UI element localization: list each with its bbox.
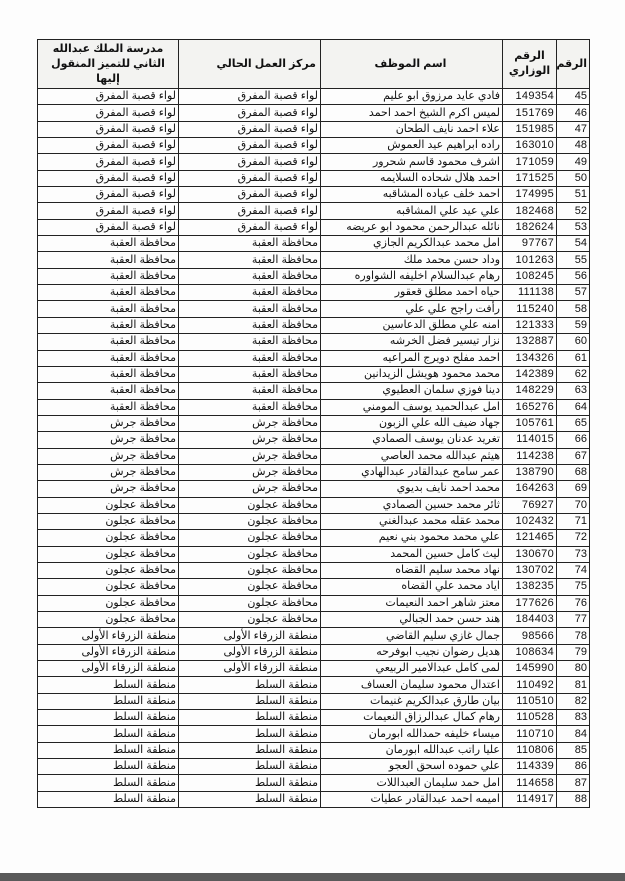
ministry-id: 110528 bbox=[503, 710, 557, 726]
row-number: 66 bbox=[557, 432, 590, 448]
employee-name: ليث كامل حسين المحمد bbox=[321, 546, 503, 562]
row-number: 63 bbox=[557, 383, 590, 399]
employee-name: هيثم عبدالله محمد العاصي bbox=[321, 448, 503, 464]
employee-name: علاء احمد نايف الطحان bbox=[321, 121, 503, 137]
header-current-center: مركز العمل الحالي bbox=[179, 40, 321, 89]
ministry-id: 184403 bbox=[503, 612, 557, 628]
table-row: 48163010راده ابراهيم عيد العموشلواء قصبة… bbox=[38, 138, 590, 154]
target-school: لواء قصبة المفرق bbox=[38, 89, 179, 105]
employee-name: جمال غازي سليم القاضي bbox=[321, 628, 503, 644]
current-center: محافظة عجلون bbox=[179, 513, 321, 529]
ministry-id: 149354 bbox=[503, 89, 557, 105]
table-row: 55101263وداد حسن محمد ملكمحافظة العقبةمح… bbox=[38, 252, 590, 268]
target-school: محافظة العقبة bbox=[38, 236, 179, 252]
ministry-id: 151769 bbox=[503, 105, 557, 121]
ministry-id: 102432 bbox=[503, 513, 557, 529]
current-center: محافظة عجلون bbox=[179, 530, 321, 546]
employee-name: علي محمد محمود بني نعيم bbox=[321, 530, 503, 546]
ministry-id: 108245 bbox=[503, 268, 557, 284]
row-number: 62 bbox=[557, 366, 590, 382]
table-row: 71102432محمد عقله محمد عبدالغنيمحافظة عج… bbox=[38, 513, 590, 529]
current-center: محافظة العقبة bbox=[179, 236, 321, 252]
ministry-id: 98566 bbox=[503, 628, 557, 644]
table-row: 65105761جهاد ضيف الله علي الزبونمحافظة ج… bbox=[38, 415, 590, 431]
ministry-id: 174995 bbox=[503, 187, 557, 203]
employee-name: ميساء خليفه حمدالله ابورمان bbox=[321, 726, 503, 742]
table-row: 88114917اميمه احمد عبدالقادر عطياتمنطقة … bbox=[38, 791, 590, 807]
target-school: محافظة العقبة bbox=[38, 399, 179, 415]
employee-name: رهام كمال عبدالرزاق النعيمات bbox=[321, 710, 503, 726]
employee-name: بيان طارق عبدالكريم غنيمات bbox=[321, 693, 503, 709]
current-center: محافظة عجلون bbox=[179, 546, 321, 562]
current-center: منطقة السلط bbox=[179, 710, 321, 726]
ministry-id: 114015 bbox=[503, 432, 557, 448]
current-center: محافظة العقبة bbox=[179, 366, 321, 382]
current-center: منطقة الزرقاء الأولى bbox=[179, 644, 321, 660]
current-center: محافظة العقبة bbox=[179, 252, 321, 268]
ministry-id: 115240 bbox=[503, 301, 557, 317]
employee-name: جهاد ضيف الله علي الزبون bbox=[321, 415, 503, 431]
employee-name: رهام عبدالسلام اخليفه الشواوره bbox=[321, 268, 503, 284]
current-center: محافظة عجلون bbox=[179, 497, 321, 513]
row-number: 57 bbox=[557, 285, 590, 301]
employee-name: ثائر محمد حسين الصمادي bbox=[321, 497, 503, 513]
header-ministry-id: الرقم الوزاري bbox=[503, 40, 557, 89]
row-number: 67 bbox=[557, 448, 590, 464]
row-number: 70 bbox=[557, 497, 590, 513]
row-number: 64 bbox=[557, 399, 590, 415]
table-row: 62142389محمد محمود هويشل الزيدانينمحافظة… bbox=[38, 366, 590, 382]
employee-name: تغريد عدنان يوسف الصمادي bbox=[321, 432, 503, 448]
table-row: 82110510بيان طارق عبدالكريم غنيماتمنطقة … bbox=[38, 693, 590, 709]
ministry-id: 110492 bbox=[503, 677, 557, 693]
row-number: 76 bbox=[557, 595, 590, 611]
header-no: الرقم bbox=[557, 40, 590, 89]
ministry-id: 130670 bbox=[503, 546, 557, 562]
target-school: محافظة العقبة bbox=[38, 252, 179, 268]
target-school: منطقة السلط bbox=[38, 775, 179, 791]
row-number: 49 bbox=[557, 154, 590, 170]
row-number: 79 bbox=[557, 644, 590, 660]
target-school: محافظة العقبة bbox=[38, 366, 179, 382]
row-number: 82 bbox=[557, 693, 590, 709]
ministry-id: 151985 bbox=[503, 121, 557, 137]
employee-name: محمد محمود هويشل الزيدانين bbox=[321, 366, 503, 382]
employee-name: علي عيد علي المشاقبه bbox=[321, 203, 503, 219]
target-school: منطقة السلط bbox=[38, 742, 179, 758]
target-school: محافظة جرش bbox=[38, 464, 179, 480]
current-center: منطقة السلط bbox=[179, 775, 321, 791]
ministry-id: 76927 bbox=[503, 497, 557, 513]
table-row: 52182468علي عيد علي المشاقبهلواء قصبة ال… bbox=[38, 203, 590, 219]
employee-name: نائله عبدالرحمن محمود ابو عريضه bbox=[321, 219, 503, 235]
table-row: 83110528رهام كمال عبدالرزاق النعيماتمنطق… bbox=[38, 710, 590, 726]
row-number: 68 bbox=[557, 464, 590, 480]
row-number: 71 bbox=[557, 513, 590, 529]
ministry-id: 97767 bbox=[503, 236, 557, 252]
document-page: الرقم الرقم الوزاري اسم الموظف مركز العم… bbox=[0, 0, 625, 881]
target-school: لواء قصبة المفرق bbox=[38, 187, 179, 203]
employee-name: نزار تيسير فضل الخرشه bbox=[321, 334, 503, 350]
current-center: محافظة العقبة bbox=[179, 317, 321, 333]
table-row: 87114658امل حمد سليمان العبداللاتمنطقة ا… bbox=[38, 775, 590, 791]
target-school: منطقة الزرقاء الأولى bbox=[38, 644, 179, 660]
ministry-id: 114339 bbox=[503, 759, 557, 775]
ministry-id: 164263 bbox=[503, 481, 557, 497]
target-school: محافظة جرش bbox=[38, 432, 179, 448]
employee-name: اميمه احمد عبدالقادر عطيات bbox=[321, 791, 503, 807]
row-number: 78 bbox=[557, 628, 590, 644]
current-center: محافظة العقبة bbox=[179, 350, 321, 366]
target-school: محافظة العقبة bbox=[38, 334, 179, 350]
current-center: لواء قصبة المفرق bbox=[179, 121, 321, 137]
table-row: 67114238هيثم عبدالله محمد العاصيمحافظة ج… bbox=[38, 448, 590, 464]
ministry-id: 165276 bbox=[503, 399, 557, 415]
row-number: 87 bbox=[557, 775, 590, 791]
employee-name: احمد هلال شحاده السلايمه bbox=[321, 170, 503, 186]
ministry-id: 110510 bbox=[503, 693, 557, 709]
table-row: 63148229دينا فوزي سلمان العطيويمحافظة ال… bbox=[38, 383, 590, 399]
row-number: 86 bbox=[557, 759, 590, 775]
target-school: محافظة العقبة bbox=[38, 285, 179, 301]
employee-name: لميس اكرم الشيخ احمد احمد bbox=[321, 105, 503, 121]
employee-name: لمى كامل عبدالامير الربيعي bbox=[321, 661, 503, 677]
current-center: محافظة عجلون bbox=[179, 595, 321, 611]
employee-name: هند حسن حمد الجبالي bbox=[321, 612, 503, 628]
table-row: 76177626معتز شاهر احمد النعيماتمحافظة عج… bbox=[38, 595, 590, 611]
current-center: منطقة السلط bbox=[179, 791, 321, 807]
ministry-id: 114238 bbox=[503, 448, 557, 464]
row-number: 73 bbox=[557, 546, 590, 562]
row-number: 83 bbox=[557, 710, 590, 726]
table-row: 69164263محمد احمد نايف بديويمحافظة جرشمح… bbox=[38, 481, 590, 497]
employee-name: عمر سامح عبدالقادر عبدالهادي bbox=[321, 464, 503, 480]
row-number: 72 bbox=[557, 530, 590, 546]
table-row: 81110492اعتدال محمود سليمان العسافمنطقة … bbox=[38, 677, 590, 693]
target-school: لواء قصبة المفرق bbox=[38, 203, 179, 219]
row-number: 48 bbox=[557, 138, 590, 154]
ministry-id: 171059 bbox=[503, 154, 557, 170]
current-center: لواء قصبة المفرق bbox=[179, 138, 321, 154]
ministry-id: 108634 bbox=[503, 644, 557, 660]
target-school: لواء قصبة المفرق bbox=[38, 154, 179, 170]
table-row: 51174995احمد خلف عياده المشاقبهلواء قصبة… bbox=[38, 187, 590, 203]
employee-name: امنه علي مطلق الدعاسين bbox=[321, 317, 503, 333]
row-number: 58 bbox=[557, 301, 590, 317]
table-row: 46151769لميس اكرم الشيخ احمد احمدلواء قص… bbox=[38, 105, 590, 121]
row-number: 53 bbox=[557, 219, 590, 235]
row-number: 59 bbox=[557, 317, 590, 333]
row-number: 47 bbox=[557, 121, 590, 137]
ministry-id: 130702 bbox=[503, 562, 557, 578]
ministry-id: 182624 bbox=[503, 219, 557, 235]
target-school: محافظة جرش bbox=[38, 415, 179, 431]
employee-name: علي حموده اسحق العجو bbox=[321, 759, 503, 775]
table-row: 53182624نائله عبدالرحمن محمود ابو عريضهل… bbox=[38, 219, 590, 235]
table-row: 7898566جمال غازي سليم القاضيمنطقة الزرقا… bbox=[38, 628, 590, 644]
ministry-id: 182468 bbox=[503, 203, 557, 219]
table-row: 84110710ميساء خليفه حمدالله ابورمانمنطقة… bbox=[38, 726, 590, 742]
table-row: 86114339علي حموده اسحق العجومنطقة السلطم… bbox=[38, 759, 590, 775]
table-row: 56108245رهام عبدالسلام اخليفه الشواورهمح… bbox=[38, 268, 590, 284]
table-row: 74130702نهاد محمد سليم القضاهمحافظة عجلو… bbox=[38, 562, 590, 578]
row-number: 54 bbox=[557, 236, 590, 252]
employee-name: راده ابراهيم عيد العموش bbox=[321, 138, 503, 154]
current-center: لواء قصبة المفرق bbox=[179, 154, 321, 170]
employee-name: امل حمد سليمان العبداللات bbox=[321, 775, 503, 791]
transfer-table: الرقم الرقم الوزاري اسم الموظف مركز العم… bbox=[37, 39, 590, 808]
employee-name: هديل رضوان نجيب ابوفرحه bbox=[321, 644, 503, 660]
current-center: محافظة العقبة bbox=[179, 268, 321, 284]
ministry-id: 105761 bbox=[503, 415, 557, 431]
ministry-id: 114917 bbox=[503, 791, 557, 807]
current-center: منطقة السلط bbox=[179, 693, 321, 709]
employee-name: محمد احمد نايف بديوي bbox=[321, 481, 503, 497]
table-row: 66114015تغريد عدنان يوسف الصماديمحافظة ج… bbox=[38, 432, 590, 448]
ministry-id: 134326 bbox=[503, 350, 557, 366]
current-center: محافظة العقبة bbox=[179, 334, 321, 350]
current-center: محافظة العقبة bbox=[179, 383, 321, 399]
table-row: 59121333امنه علي مطلق الدعاسينمحافظة الع… bbox=[38, 317, 590, 333]
target-school: محافظة عجلون bbox=[38, 562, 179, 578]
row-number: 50 bbox=[557, 170, 590, 186]
current-center: منطقة السلط bbox=[179, 759, 321, 775]
target-school: محافظة عجلون bbox=[38, 546, 179, 562]
row-number: 69 bbox=[557, 481, 590, 497]
employee-name: امل محمد عبدالكريم الجازي bbox=[321, 236, 503, 252]
ministry-id: 138790 bbox=[503, 464, 557, 480]
target-school: لواء قصبة المفرق bbox=[38, 170, 179, 186]
row-number: 61 bbox=[557, 350, 590, 366]
current-center: محافظة جرش bbox=[179, 464, 321, 480]
current-center: لواء قصبة المفرق bbox=[179, 89, 321, 105]
current-center: لواء قصبة المفرق bbox=[179, 105, 321, 121]
current-center: محافظة عجلون bbox=[179, 579, 321, 595]
target-school: محافظة العقبة bbox=[38, 268, 179, 284]
ministry-id: 145990 bbox=[503, 661, 557, 677]
table-row: 60132887نزار تيسير فضل الخرشهمحافظة العق… bbox=[38, 334, 590, 350]
row-number: 60 bbox=[557, 334, 590, 350]
bottom-edge-shadow bbox=[0, 873, 625, 881]
table-row: 68138790عمر سامح عبدالقادر عبدالهاديمحاف… bbox=[38, 464, 590, 480]
table-row: 75138235اياد محمد علي القضاهمحافظة عجلون… bbox=[38, 579, 590, 595]
ministry-id: 121333 bbox=[503, 317, 557, 333]
ministry-id: 171525 bbox=[503, 170, 557, 186]
target-school: محافظة عجلون bbox=[38, 579, 179, 595]
current-center: محافظة العقبة bbox=[179, 399, 321, 415]
current-center: محافظة عجلون bbox=[179, 612, 321, 628]
target-school: لواء قصبة المفرق bbox=[38, 138, 179, 154]
current-center: لواء قصبة المفرق bbox=[179, 187, 321, 203]
employee-name: فادي عايد مرزوق ابو عليم bbox=[321, 89, 503, 105]
table-row: 64165276امل عبدالحميد يوسف المومنيمحافظة… bbox=[38, 399, 590, 415]
row-number: 52 bbox=[557, 203, 590, 219]
header-target-school: مدرسة الملك عبدالله الثاني للتميز المنقو… bbox=[38, 40, 179, 89]
employee-name: اياد محمد علي القضاه bbox=[321, 579, 503, 595]
employee-name: حياه احمد مطلق قعقور bbox=[321, 285, 503, 301]
target-school: لواء قصبة المفرق bbox=[38, 219, 179, 235]
ministry-id: 132887 bbox=[503, 334, 557, 350]
employee-name: محمد عقله محمد عبدالغني bbox=[321, 513, 503, 529]
row-number: 56 bbox=[557, 268, 590, 284]
row-number: 65 bbox=[557, 415, 590, 431]
table-row: 61134326احمد مفلح دويرج المراعيهمحافظة ا… bbox=[38, 350, 590, 366]
employee-name: نهاد محمد سليم القضاه bbox=[321, 562, 503, 578]
current-center: منطقة السلط bbox=[179, 677, 321, 693]
employee-name: احمد مفلح دويرج المراعيه bbox=[321, 350, 503, 366]
target-school: منطقة السلط bbox=[38, 759, 179, 775]
current-center: لواء قصبة المفرق bbox=[179, 219, 321, 235]
employee-name: امل عبدالحميد يوسف المومني bbox=[321, 399, 503, 415]
target-school: محافظة العقبة bbox=[38, 317, 179, 333]
target-school: لواء قصبة المفرق bbox=[38, 105, 179, 121]
target-school: منطقة الزرقاء الأولى bbox=[38, 661, 179, 677]
target-school: منطقة السلط bbox=[38, 726, 179, 742]
employee-name: احمد خلف عياده المشاقبه bbox=[321, 187, 503, 203]
ministry-id: 110806 bbox=[503, 742, 557, 758]
current-center: محافظة العقبة bbox=[179, 285, 321, 301]
current-center: لواء قصبة المفرق bbox=[179, 170, 321, 186]
ministry-id: 138235 bbox=[503, 579, 557, 595]
target-school: محافظة العقبة bbox=[38, 350, 179, 366]
current-center: محافظة جرش bbox=[179, 448, 321, 464]
target-school: محافظة عجلون bbox=[38, 612, 179, 628]
employee-name: اعتدال محمود سليمان العساف bbox=[321, 677, 503, 693]
ministry-id: 101263 bbox=[503, 252, 557, 268]
ministry-id: 111138 bbox=[503, 285, 557, 301]
row-number: 45 bbox=[557, 89, 590, 105]
current-center: محافظة العقبة bbox=[179, 301, 321, 317]
table-row: 77184403هند حسن حمد الجباليمحافظة عجلونم… bbox=[38, 612, 590, 628]
table-row: 72121465علي محمد محمود بني نعيممحافظة عج… bbox=[38, 530, 590, 546]
table-row: 80145990لمى كامل عبدالامير الربيعيمنطقة … bbox=[38, 661, 590, 677]
current-center: منطقة السلط bbox=[179, 742, 321, 758]
row-number: 46 bbox=[557, 105, 590, 121]
current-center: منطقة الزرقاء الأولى bbox=[179, 661, 321, 677]
current-center: لواء قصبة المفرق bbox=[179, 203, 321, 219]
table-row: 5497767امل محمد عبدالكريم الجازيمحافظة ا… bbox=[38, 236, 590, 252]
target-school: منطقة الزرقاء الأولى bbox=[38, 628, 179, 644]
row-number: 77 bbox=[557, 612, 590, 628]
target-school: محافظة عجلون bbox=[38, 513, 179, 529]
target-school: منطقة السلط bbox=[38, 710, 179, 726]
header-employee-name: اسم الموظف bbox=[321, 40, 503, 89]
row-number: 74 bbox=[557, 562, 590, 578]
table-row: 7076927ثائر محمد حسين الصماديمحافظة عجلو… bbox=[38, 497, 590, 513]
employee-name: وداد حسن محمد ملك bbox=[321, 252, 503, 268]
target-school: منطقة السلط bbox=[38, 693, 179, 709]
target-school: لواء قصبة المفرق bbox=[38, 121, 179, 137]
employee-name: عليا راتب عبدالله ابورمان bbox=[321, 742, 503, 758]
target-school: محافظة عجلون bbox=[38, 497, 179, 513]
employee-name: معتز شاهر احمد النعيمات bbox=[321, 595, 503, 611]
row-number: 88 bbox=[557, 791, 590, 807]
table-row: 73130670ليث كامل حسين المحمدمحافظة عجلون… bbox=[38, 546, 590, 562]
row-number: 85 bbox=[557, 742, 590, 758]
table-row: 45149354فادي عايد مرزوق ابو عليملواء قصب… bbox=[38, 89, 590, 105]
table-body: 45149354فادي عايد مرزوق ابو عليملواء قصب… bbox=[38, 89, 590, 808]
employee-name: اشرف محمود قاسم شحرور bbox=[321, 154, 503, 170]
target-school: منطقة السلط bbox=[38, 677, 179, 693]
table-row: 50171525احمد هلال شحاده السلايمهلواء قصب… bbox=[38, 170, 590, 186]
target-school: محافظة العقبة bbox=[38, 383, 179, 399]
ministry-id: 177626 bbox=[503, 595, 557, 611]
row-number: 84 bbox=[557, 726, 590, 742]
row-number: 80 bbox=[557, 661, 590, 677]
row-number: 75 bbox=[557, 579, 590, 595]
target-school: محافظة عجلون bbox=[38, 530, 179, 546]
current-center: منطقة الزرقاء الأولى bbox=[179, 628, 321, 644]
row-number: 55 bbox=[557, 252, 590, 268]
current-center: محافظة عجلون bbox=[179, 562, 321, 578]
table-row: 58115240رأفت راجح علي عليمحافظة العقبةمح… bbox=[38, 301, 590, 317]
ministry-id: 114658 bbox=[503, 775, 557, 791]
table-row: 57111138حياه احمد مطلق قعقورمحافظة العقب… bbox=[38, 285, 590, 301]
current-center: محافظة جرش bbox=[179, 432, 321, 448]
ministry-id: 148229 bbox=[503, 383, 557, 399]
table-row: 47151985علاء احمد نايف الطحانلواء قصبة ا… bbox=[38, 121, 590, 137]
current-center: منطقة السلط bbox=[179, 726, 321, 742]
table-row: 79108634هديل رضوان نجيب ابوفرحهمنطقة الز… bbox=[38, 644, 590, 660]
target-school: محافظة جرش bbox=[38, 448, 179, 464]
ministry-id: 163010 bbox=[503, 138, 557, 154]
table-header-row: الرقم الرقم الوزاري اسم الموظف مركز العم… bbox=[38, 40, 590, 89]
target-school: محافظة العقبة bbox=[38, 301, 179, 317]
ministry-id: 110710 bbox=[503, 726, 557, 742]
target-school: منطقة السلط bbox=[38, 791, 179, 807]
ministry-id: 121465 bbox=[503, 530, 557, 546]
employee-name: دينا فوزي سلمان العطيوي bbox=[321, 383, 503, 399]
current-center: محافظة جرش bbox=[179, 481, 321, 497]
target-school: محافظة جرش bbox=[38, 481, 179, 497]
employee-name: رأفت راجح علي علي bbox=[321, 301, 503, 317]
row-number: 51 bbox=[557, 187, 590, 203]
row-number: 81 bbox=[557, 677, 590, 693]
ministry-id: 142389 bbox=[503, 366, 557, 382]
current-center: محافظة جرش bbox=[179, 415, 321, 431]
table-row: 49171059اشرف محمود قاسم شحرورلواء قصبة ا… bbox=[38, 154, 590, 170]
table-row: 85110806عليا راتب عبدالله ابورمانمنطقة ا… bbox=[38, 742, 590, 758]
target-school: محافظة عجلون bbox=[38, 595, 179, 611]
